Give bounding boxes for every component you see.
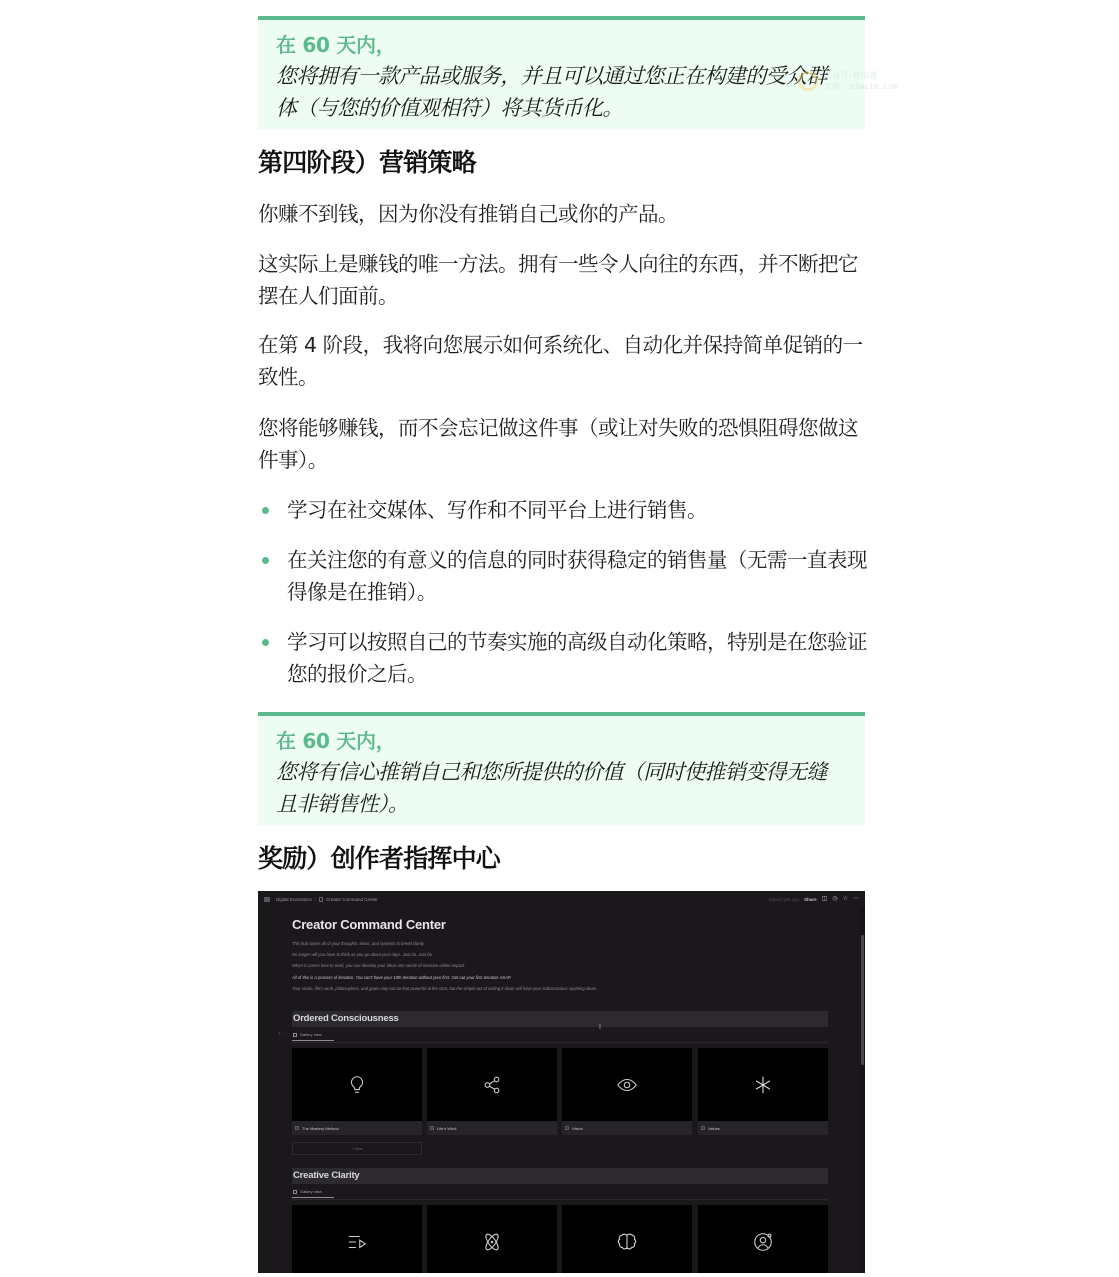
callout-body: 您将拥有一款产品或服务，并且可以通过您正在构建的受众群体（与您的价值观相符）将其… bbox=[276, 60, 847, 124]
breadcrumb-separator: / bbox=[315, 897, 316, 902]
paragraph: 你赚不到钱，因为你没有推销自己或你的产品。 bbox=[258, 198, 868, 230]
text-cursor-icon: I bbox=[599, 1024, 601, 1031]
page-icon bbox=[430, 1126, 434, 1130]
new-card-button[interactable]: + New bbox=[292, 1142, 422, 1155]
comment-icon[interactable]: ◫ bbox=[822, 896, 828, 902]
scrollbar[interactable] bbox=[861, 935, 864, 1065]
paragraph: 这实际上是赚钱的唯一方法。拥有一些令人向往的东西，并不断把它摆在人们面前。 bbox=[258, 248, 868, 312]
card-caption: Vision bbox=[562, 1121, 692, 1135]
page-icon bbox=[319, 897, 323, 902]
page-icon bbox=[295, 1126, 299, 1130]
creator-command-center-screenshot: Digital Economics / Creator Command Cent… bbox=[258, 891, 865, 1273]
database-header-ordered-consciousness: Ordered Consciousness bbox=[292, 1011, 828, 1027]
callout-60-days-marketing: 在 60 天内， 您将有信心推销自己和您所提供的价值（同时使推销变得无缝且非销售… bbox=[258, 712, 865, 825]
card-thumbnail bbox=[562, 1205, 692, 1273]
sidebar-menu-icon[interactable] bbox=[264, 897, 270, 902]
bullet-dot-icon bbox=[262, 507, 269, 514]
bullet-list: 学习在社交媒体、写作和不同平台上进行销售。 在关注您的有意义的信息的同时获得稳定… bbox=[258, 494, 868, 708]
star-icon[interactable]: ☆ bbox=[843, 896, 848, 902]
card-label: Values bbox=[708, 1126, 720, 1131]
view-divider bbox=[292, 1199, 828, 1200]
lightbulb-icon bbox=[346, 1074, 368, 1096]
gallery-card[interactable] bbox=[698, 1205, 828, 1273]
description-line: When it comes time to work, you can deve… bbox=[292, 963, 465, 968]
callout-60-days-product: 在 60 天内， 您将拥有一款产品或服务，并且可以通过您正在构建的受众群体（与您… bbox=[258, 16, 865, 129]
page-title: Creator Command Center bbox=[292, 917, 446, 932]
notion-topbar: Digital Economics / Creator Command Cent… bbox=[258, 891, 865, 907]
block-handles[interactable]: + ⋮ bbox=[278, 1031, 287, 1037]
description-line: Your vision, life's work, philosophies, … bbox=[292, 986, 597, 991]
list-item-text: 在关注您的有意义的信息的同时获得稳定的销售量（无需一直表现得像是在推销）。 bbox=[287, 548, 867, 604]
view-label: Gallery view bbox=[300, 1189, 322, 1194]
bullet-dot-icon bbox=[262, 639, 269, 646]
callout-body: 您将有信心推销自己和您所提供的价值（同时使推销变得无缝且非销售性）。 bbox=[276, 756, 847, 820]
card-caption: Values bbox=[698, 1121, 828, 1135]
database-title[interactable]: Creative Clarity bbox=[293, 1170, 360, 1181]
gallery-view-tab[interactable]: Gallery view bbox=[292, 1029, 334, 1041]
share-nodes-icon bbox=[481, 1074, 503, 1096]
description-line: All of this is a process of iteration. Y… bbox=[292, 975, 511, 980]
card-thumbnail bbox=[562, 1048, 692, 1121]
asterisk-icon bbox=[752, 1074, 774, 1096]
card-thumbnail bbox=[427, 1048, 557, 1121]
card-thumbnail bbox=[698, 1205, 828, 1273]
gallery-card[interactable] bbox=[427, 1205, 557, 1273]
gallery-card[interactable]: The Mastery Method bbox=[292, 1048, 422, 1135]
stage4-heading: 第四阶段）营销策略 bbox=[258, 148, 476, 178]
database-title[interactable]: Ordered Consciousness bbox=[293, 1013, 399, 1024]
paragraph: 在第 4 阶段，我将向您展示如何系统化、自动化并保持简单促销的一致性。 bbox=[258, 329, 868, 393]
user-gear-icon bbox=[752, 1231, 774, 1253]
database-header-creative-clarity: Creative Clarity bbox=[292, 1168, 828, 1184]
card-thumbnail bbox=[292, 1048, 422, 1121]
gallery-view-tab[interactable]: Gallery view bbox=[292, 1186, 334, 1198]
view-divider bbox=[292, 1042, 828, 1043]
bonus-heading: 奖励）创作者指挥中心 bbox=[258, 844, 500, 874]
card-label: Life's Work bbox=[437, 1126, 457, 1131]
clock-icon[interactable]: ◷ bbox=[832, 896, 837, 902]
page-icon bbox=[701, 1126, 705, 1130]
card-label: The Mastery Method bbox=[302, 1126, 339, 1131]
breadcrumb-digital-economics[interactable]: Digital Economics bbox=[276, 897, 312, 902]
share-button[interactable]: Share bbox=[804, 897, 817, 902]
gallery-grid-icon bbox=[293, 1190, 297, 1194]
gallery-card[interactable] bbox=[562, 1205, 692, 1273]
view-label: Gallery view bbox=[300, 1032, 322, 1037]
callout-title: 在 60 天内， bbox=[276, 726, 847, 756]
list-item: 学习在社交媒体、写作和不同平台上进行销售。 bbox=[258, 494, 868, 526]
gallery-card[interactable]: Life's Work bbox=[427, 1048, 557, 1135]
edited-timestamp: Edited 19h ago bbox=[769, 897, 799, 902]
more-icon[interactable]: ⋯ bbox=[853, 896, 859, 902]
list-item-text: 学习在社交媒体、写作和不同平台上进行销售。 bbox=[287, 498, 707, 522]
card-thumbnail bbox=[698, 1048, 828, 1121]
gallery-card[interactable]: Vision bbox=[562, 1048, 692, 1135]
description-line: No longer will you have to think as you … bbox=[292, 952, 433, 957]
description-line: This hub stores all of your thoughts, id… bbox=[292, 941, 425, 946]
brain-icon bbox=[616, 1231, 638, 1253]
page-icon bbox=[565, 1126, 569, 1130]
atom-icon bbox=[481, 1231, 503, 1253]
paragraph: 您将能够赚钱，而不会忘记做这件事（或让对失败的恐惧阻碍您做这件事）。 bbox=[258, 412, 868, 476]
card-thumbnail bbox=[427, 1205, 557, 1273]
list-item: 在关注您的有意义的信息的同时获得稳定的销售量（无需一直表现得像是在推销）。 bbox=[258, 544, 868, 608]
eye-icon bbox=[616, 1074, 638, 1096]
card-label: Vision bbox=[572, 1126, 583, 1131]
breadcrumb-creator-command-center[interactable]: Creator Command Center bbox=[326, 897, 378, 902]
callout-title: 在 60 天内， bbox=[276, 30, 847, 60]
gallery-card[interactable] bbox=[292, 1205, 422, 1273]
list-item: 学习可以按照自己的节奏实施的高级自动化策略，特别是在您验证您的报价之后。 bbox=[258, 626, 868, 690]
list-item-text: 学习可以按照自己的节奏实施的高级自动化策略，特别是在您验证您的报价之后。 bbox=[287, 630, 867, 686]
gallery-grid-icon bbox=[293, 1033, 297, 1037]
card-caption: The Mastery Method bbox=[292, 1121, 422, 1135]
card-thumbnail bbox=[292, 1205, 422, 1273]
bullet-dot-icon bbox=[262, 557, 269, 564]
gallery-card[interactable]: Values bbox=[698, 1048, 828, 1135]
playlist-icon bbox=[346, 1231, 368, 1253]
card-caption: Life's Work bbox=[427, 1121, 557, 1135]
